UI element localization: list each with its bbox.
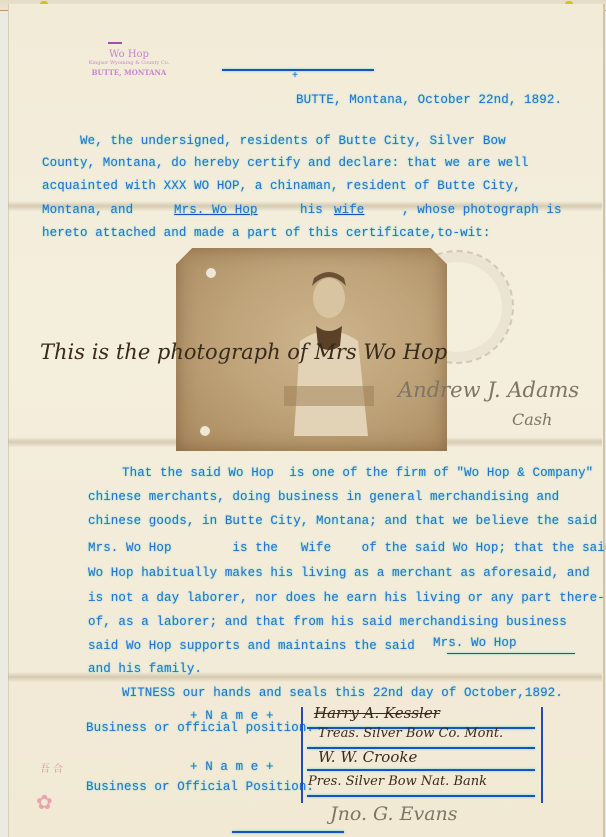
para1-line4-end: , whose photograph is (402, 204, 562, 217)
para2-line1: That the said Wo Hop is one of the firm … (122, 467, 593, 480)
para2-line7: of, as a laborer; and that from his said… (88, 616, 567, 629)
signature-line (307, 769, 535, 771)
para1-his: his (300, 204, 323, 217)
pin-hole (200, 426, 210, 436)
stamp-subline: Kingsor Wyoming & County Co. (74, 59, 184, 68)
para2-line8: said Wo Hop supports and maintains the s… (88, 640, 415, 653)
name-label-2: + N a m e + (190, 761, 274, 774)
para2-line9: and his family. (88, 663, 202, 676)
cashier-signature: Andrew J. Adams (398, 378, 579, 402)
red-chinese-stamp: 吾 合 (40, 760, 63, 775)
red-chop-icon: ✿ (36, 790, 53, 814)
witness2-position: Pres. Silver Bow Nat. Bank (308, 774, 487, 789)
para2-fill-underline (447, 653, 575, 654)
para1-line2: County, Montana, do hereby certify and d… (42, 157, 528, 170)
witness1-signature: Harry A. Kessler (314, 704, 440, 722)
photo-caption-handwritten: This is the photograph of Mrs Wo Hop (40, 340, 447, 364)
para1-fill-relation: wife (334, 204, 364, 217)
para1-line5: hereto attached and made a part of this … (42, 227, 490, 240)
para1-line3: acquainted with XXX WO HOP, a chinaman, … (42, 180, 521, 193)
para2-line6: is not a day laborer, nor does he earn h… (88, 592, 605, 605)
position-label-2: Business or Official Position. (86, 781, 314, 794)
signature-line (307, 795, 535, 797)
dateline: BUTTE, Montana, October 22nd, 1892. (296, 94, 562, 107)
para2-fill-name: Mrs. Wo Hop (433, 637, 517, 650)
pin-hole (206, 268, 216, 278)
witness2-signature: W. W. Crooke (318, 748, 417, 766)
witness3-signature: Jno. G. Evans (330, 803, 458, 825)
witness-line: WITNESS our hands and seals this 22nd da… (122, 687, 563, 700)
para2-line4: Mrs. Wo Hop is the Wife of the said Wo H… (88, 542, 606, 555)
company-stamp: Wo Hop Kingsor Wyoming & County Co. BUTT… (74, 42, 184, 77)
para1-line4-start: Montana, and (42, 204, 133, 217)
para1-fill-name: Mrs. Wo Hop (174, 204, 258, 217)
stamp-name: Wo Hop (74, 50, 184, 59)
witness1-position: Treas. Silver Bow Co. Mont. (318, 726, 503, 741)
stamp-mark (108, 42, 122, 44)
para2-line3: chinese goods, in Butte City, Montana; a… (88, 515, 597, 528)
header-rule-cross: + (292, 70, 298, 83)
para2-line5: Wo Hop habitually makes his living as a … (88, 567, 590, 580)
position-label-1: Business or official position. (86, 722, 314, 735)
para2-line2: chinese merchants, doing business in gen… (88, 491, 559, 504)
bottom-rule (232, 831, 344, 833)
stamp-city: BUTTE, MONTANA (74, 68, 184, 77)
cashier-title: Cash (512, 410, 552, 429)
para1-line1: We, the undersigned, residents of Butte … (80, 135, 506, 148)
